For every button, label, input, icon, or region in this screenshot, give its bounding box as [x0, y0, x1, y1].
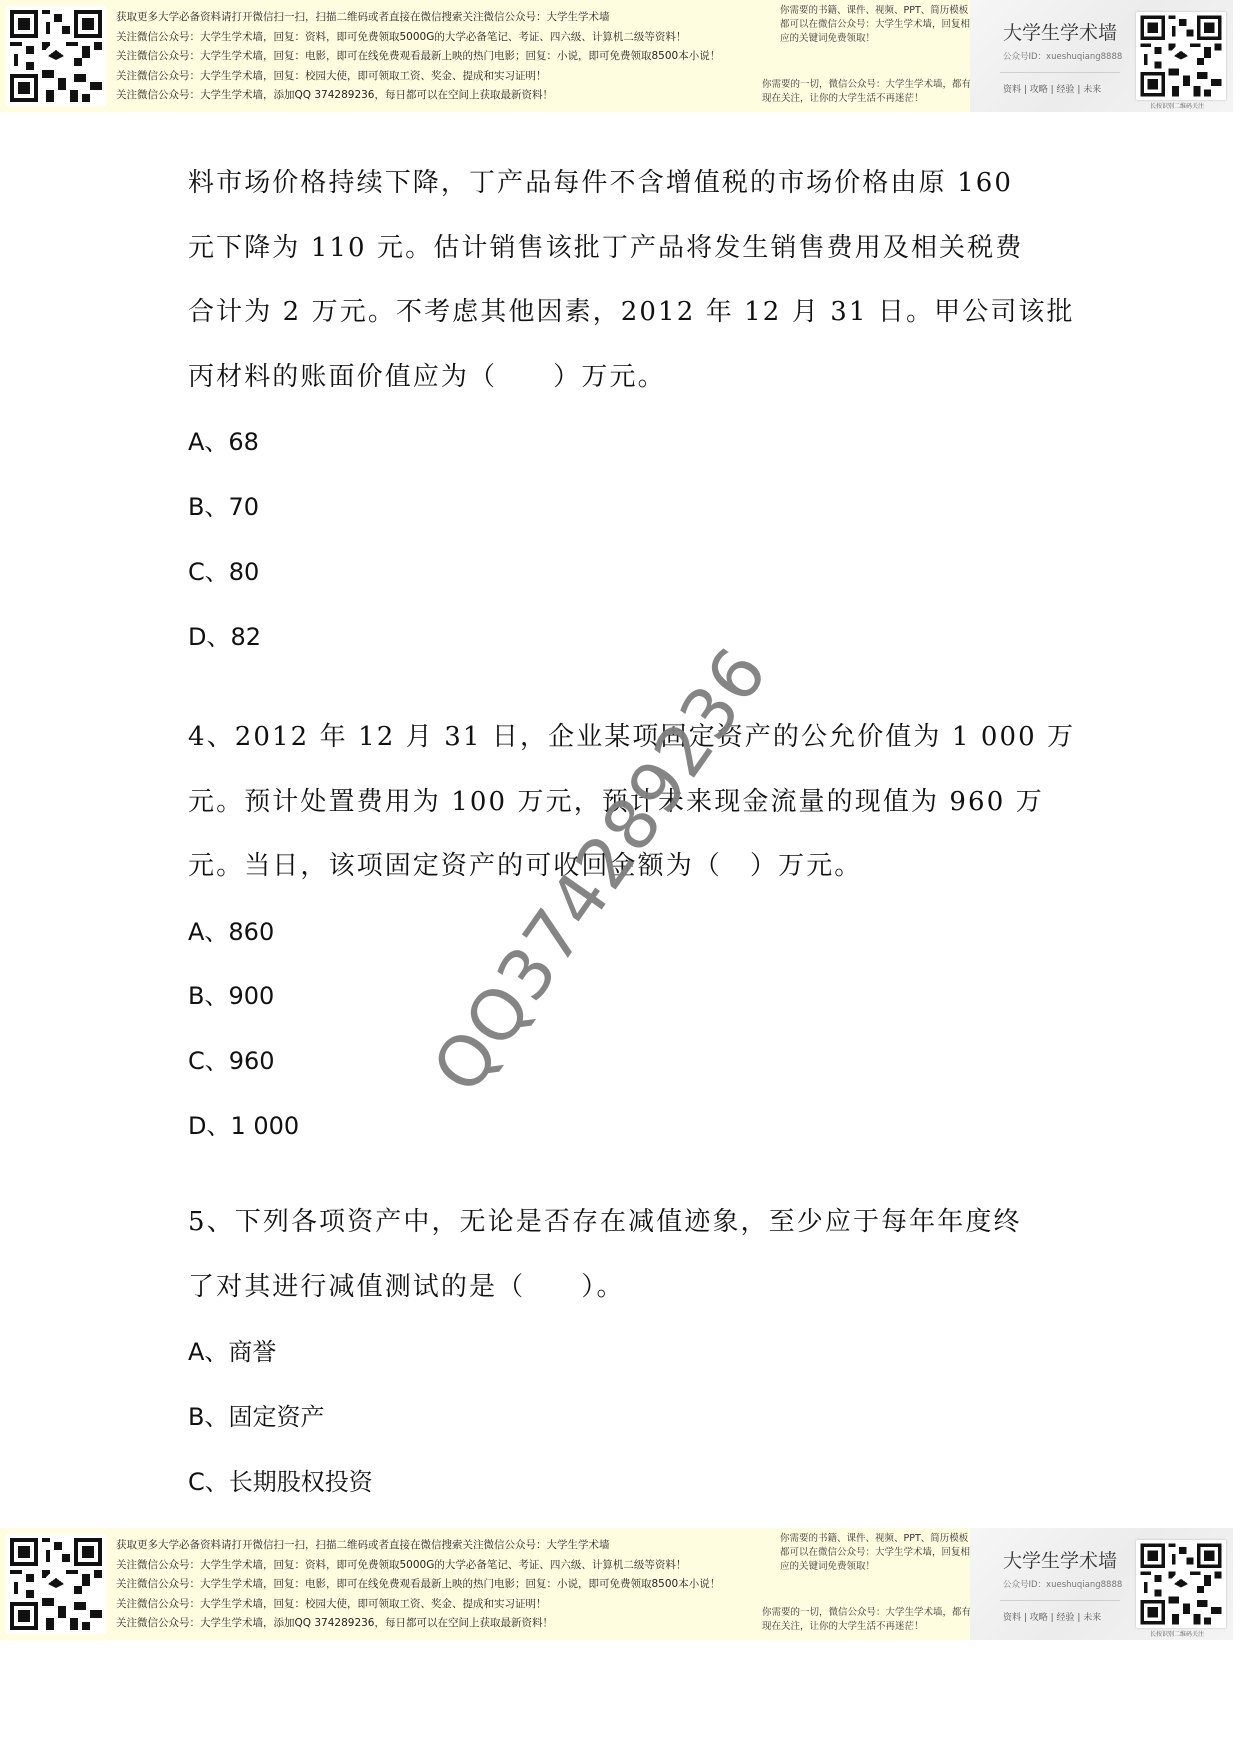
option-c: C、长期股权投资: [188, 1466, 373, 1498]
banner-mid-bottom: 你需要的一切，微信公众号：大学生学术墙，都有！ 现在关注，让你的大学生活不再迷茫…: [762, 1606, 981, 1634]
brand-links: 资料 | 攻略 | 经验 | 未来: [1003, 82, 1101, 95]
option-a: A、860: [188, 916, 274, 948]
footer-banner: 获取更多大学必备资料请打开微信扫一扫，扫描二维码或者直接在微信搜索关注微信公众号…: [0, 1528, 1233, 1640]
question-text-line: 4、2012 年 12 月 31 日，企业某项固定资产的公允价值为 1 000 …: [188, 720, 1075, 754]
brand-title: 大学生学术墙: [1003, 1546, 1117, 1573]
header-banner: 获取更多大学必备资料请打开微信扫一扫，扫描二维码或者直接在微信搜索关注微信公众号…: [0, 0, 1233, 112]
divider: [1000, 1600, 1120, 1601]
question-text-line: 元下降为 110 元。估计销售该批丁产品将发生销售费用及相关税费: [188, 231, 1023, 265]
question-text-line: 丙材料的账面价值应为（ ）万元。: [188, 360, 666, 394]
banner-mid-line: 都可以在微信公众号：大学生学术墙，回复相: [780, 18, 970, 32]
brand-title: 大学生学术墙: [1003, 18, 1117, 45]
banner-line: 关注微信公众号：大学生学术墙，回复：资料，即可免费领取5000G的大学必备笔记、…: [116, 1556, 720, 1576]
banner-line: 关注微信公众号：大学生学术墙，回复：校园大使，即可领取工资、奖金、提成和实习证明…: [116, 67, 720, 87]
banner-promo-text: 获取更多大学必备资料请打开微信扫一扫，扫描二维码或者直接在微信搜索关注微信公众号…: [116, 1536, 720, 1634]
question-text-line: 合计为 2 万元。不考虑其他因素，2012 年 12 月 31 日。甲公司该批: [188, 295, 1075, 329]
option-c: C、960: [188, 1045, 275, 1077]
banner-line: 关注微信公众号：大学生学术墙，回复：电影，即可在线免费观看最新上映的热门电影；回…: [116, 47, 720, 67]
qr-code-icon: [1136, 1540, 1226, 1628]
question-text-line: 元。当日，该项固定资产的可收回金额为（ ）万元。: [188, 849, 862, 883]
banner-line: 获取更多大学必备资料请打开微信扫一扫，扫描二维码或者直接在微信搜索关注微信公众号…: [116, 1536, 720, 1556]
banner-mid-line: 应的关键词免费领取！: [780, 1560, 970, 1574]
qr-code-icon: [6, 1534, 106, 1634]
option-a: A、68: [188, 426, 259, 458]
divider: [1000, 72, 1120, 73]
banner-mid-line: 你需要的书籍、课件、视频、PPT、简历模板: [780, 1532, 970, 1546]
brand-account-id: 公众号ID：xueshuqiang8888: [1003, 50, 1122, 62]
qr-caption: 长按识别二维码关注: [1150, 101, 1204, 110]
banner-line: 关注微信公众号：大学生学术墙，添加QQ 374289236，每日都可以在空间上获…: [116, 1614, 720, 1634]
question-text-line: 料市场价格持续下降，丁产品每件不含增值税的市场价格由原 160: [188, 166, 1013, 200]
banner-promo-text: 获取更多大学必备资料请打开微信扫一扫，扫描二维码或者直接在微信搜索关注微信公众号…: [116, 8, 720, 106]
banner-mid-line: 你需要的书籍、课件、视频、PPT、简历模板: [780, 4, 970, 18]
banner-mid-line: 你需要的一切，微信公众号：大学生学术墙，都有！: [762, 78, 981, 92]
banner-mid-top: 你需要的书籍、课件、视频、PPT、简历模板 都可以在微信公众号：大学生学术墙，回…: [780, 1532, 970, 1574]
brand-links: 资料 | 攻略 | 经验 | 未来: [1003, 1610, 1101, 1623]
qr-code-icon: [6, 6, 106, 106]
banner-line: 关注微信公众号：大学生学术墙，回复：资料，即可免费领取5000G的大学必备笔记、…: [116, 28, 720, 48]
banner-mid-line: 应的关键词免费领取！: [780, 32, 970, 46]
question-text-line: 了对其进行减值测试的是（ ）。: [188, 1270, 625, 1304]
banner-line: 关注微信公众号：大学生学术墙，添加QQ 374289236，每日都可以在空间上获…: [116, 86, 720, 106]
banner-line: 获取更多大学必备资料请打开微信扫一扫，扫描二维码或者直接在微信搜索关注微信公众号…: [116, 8, 720, 28]
option-b: B、固定资产: [188, 1401, 324, 1433]
banner-mid-line: 现在关注，让你的大学生活不再迷茫！: [762, 92, 981, 106]
option-c: C、80: [188, 556, 259, 588]
qr-caption: 长按识别二维码关注: [1150, 1629, 1204, 1638]
banner-mid-line: 现在关注，让你的大学生活不再迷茫！: [762, 1620, 981, 1634]
banner-mid-line: 你需要的一切，微信公众号：大学生学术墙，都有！: [762, 1606, 981, 1620]
qr-code-icon: [1136, 12, 1226, 100]
option-b: B、70: [188, 491, 259, 523]
option-b: B、900: [188, 980, 274, 1012]
option-d: D、1 000: [188, 1110, 299, 1142]
banner-line: 关注微信公众号：大学生学术墙，回复：校园大使，即可领取工资、奖金、提成和实习证明…: [116, 1595, 720, 1615]
banner-mid-top: 你需要的书籍、课件、视频、PPT、简历模板 都可以在微信公众号：大学生学术墙，回…: [780, 4, 970, 46]
banner-mid-line: 都可以在微信公众号：大学生学术墙，回复相: [780, 1546, 970, 1560]
option-d: D、82: [188, 621, 261, 653]
question-text-line: 5、下列各项资产中，无论是否存在减值迹象，至少应于每年年度终: [188, 1205, 1022, 1239]
brand-account-id: 公众号ID：xueshuqiang8888: [1003, 1578, 1122, 1590]
option-a: A、商誉: [188, 1336, 276, 1368]
question-text-line: 元。预计处置费用为 100 万元，预计未来现金流量的现值为 960 万: [188, 785, 1044, 819]
banner-mid-bottom: 你需要的一切，微信公众号：大学生学术墙，都有！ 现在关注，让你的大学生活不再迷茫…: [762, 78, 981, 106]
banner-line: 关注微信公众号：大学生学术墙，回复：电影，即可在线免费观看最新上映的热门电影；回…: [116, 1575, 720, 1595]
